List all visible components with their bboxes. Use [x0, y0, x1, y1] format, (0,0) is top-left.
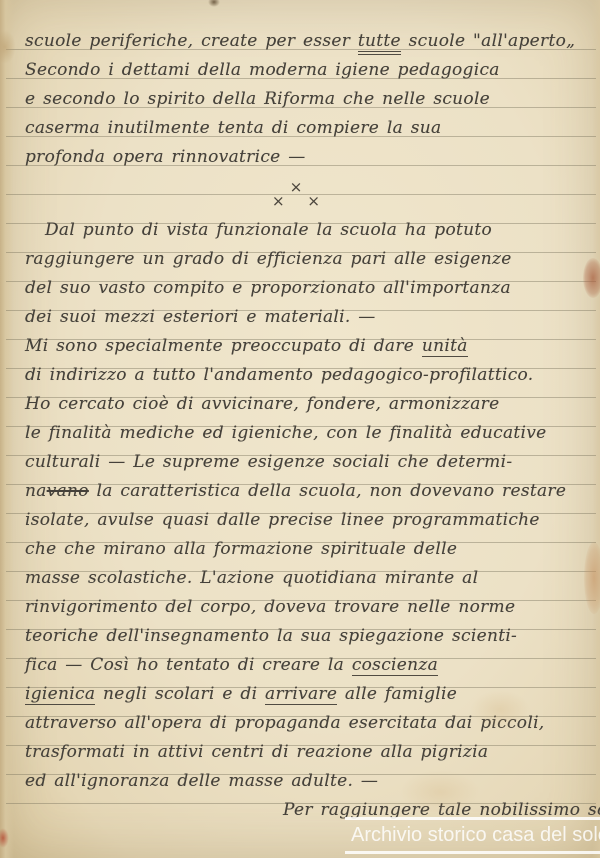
manuscript-line: igienica negli scolari e di arrivare all… [25, 680, 598, 709]
manuscript-text-segment: che che mirano alla formazione spiritual… [25, 539, 457, 559]
manuscript-text-segment: Ho cercato cioè di avvicinare, fondere, … [25, 394, 499, 414]
manuscript-text-segment: raggiungere un grado di efficienza pari … [25, 249, 512, 269]
manuscript-line: di indirizzo a tutto l'andamento pedagog… [25, 361, 598, 390]
manuscript-line: e secondo lo spirito della Riforma che n… [25, 85, 598, 114]
manuscript-text-segment: masse scolastiche. L'azione quotidiana m… [25, 568, 478, 588]
handwritten-text-block: scuole periferiche, create per esser tut… [25, 27, 598, 825]
manuscript-text-segment: la caratteristica della scuola, non dove… [89, 481, 566, 501]
manuscript-text-segment: caserma inutilmente tenta di compiere la… [25, 118, 441, 138]
manuscript-text-segment: dei suoi mezzi esteriori e materiali. — [25, 307, 376, 327]
manuscript-line: Dal punto di vista funzionale la scuola … [25, 216, 598, 245]
manuscript-text-segment: del suo vasto compito e proporzionato al… [25, 278, 511, 298]
manuscript-line: isolate, avulse quasi dalle precise line… [25, 506, 598, 535]
manuscript-line: Secondo i dettami della moderna igiene p… [25, 56, 598, 85]
manuscript-text-segment: profonda opera rinnovatrice — [25, 147, 306, 167]
manuscript-text-segment: negli scolari e di [95, 684, 265, 704]
manuscript-text-segment: scuole "all'aperto„ [401, 31, 575, 51]
manuscript-text-segment: arrivare [265, 684, 337, 705]
manuscript-text-segment: rinvigorimento del corpo, doveva trovare… [25, 597, 515, 617]
manuscript-text-segment: coscienza [352, 655, 438, 676]
manuscript-line: masse scolastiche. L'azione quotidiana m… [25, 564, 598, 593]
manuscript-line: rinvigorimento del corpo, doveva trovare… [25, 593, 598, 622]
manuscript-page: scuole periferiche, create per esser tut… [0, 0, 600, 858]
manuscript-line: attraverso all'opera di propaganda eserc… [25, 709, 598, 738]
manuscript-text-segment: isolate, avulse quasi dalle precise line… [25, 510, 540, 530]
manuscript-text-segment: igienica [25, 684, 95, 705]
manuscript-line: caserma inutilmente tenta di compiere la… [25, 114, 598, 143]
manuscript-text-segment: attraverso all'opera di propaganda eserc… [25, 713, 545, 733]
manuscript-text-segment: le finalità mediche ed igieniche, con le… [25, 423, 547, 443]
manuscript-line: navano la caratteristica della scuola, n… [25, 477, 598, 506]
manuscript-text-segment: unità [422, 336, 468, 357]
manuscript-text-segment: trasformati in attivi centri di reazione… [25, 742, 488, 762]
manuscript-text-segment: fica — Così ho tentato di creare la [25, 655, 352, 675]
manuscript-text-segment: di indirizzo a tutto l'andamento pedagog… [25, 365, 533, 385]
paragraph: Dal punto di vista funzionale la scuola … [25, 216, 598, 796]
manuscript-line: culturali — Le supreme esigenze sociali … [25, 448, 598, 477]
manuscript-text-segment: tutte [358, 31, 401, 55]
archive-watermark: Archivio storico casa del sole [345, 817, 600, 854]
manuscript-text-segment: scuole periferiche, create per esser [25, 31, 358, 51]
manuscript-text-segment: Dal punto di vista funzionale la scuola … [45, 220, 492, 240]
manuscript-line: le finalità mediche ed igieniche, con le… [25, 419, 598, 448]
manuscript-text-segment: e secondo lo spirito della Riforma che n… [25, 89, 490, 109]
stain [208, 0, 220, 7]
section-divider-x-marks: ×× × [240, 172, 360, 216]
manuscript-line: che che mirano alla formazione spiritual… [25, 535, 598, 564]
manuscript-text-segment: alle famiglie [337, 684, 457, 704]
manuscript-text-segment: teoriche dell'insegnamento la sua spiega… [25, 626, 517, 646]
manuscript-line: ed all'ignoranza delle masse adulte. — [25, 767, 598, 796]
manuscript-text-segment: ed all'ignoranza delle masse adulte. — [25, 771, 378, 791]
page-left-edge [0, 0, 14, 858]
manuscript-line: profonda opera rinnovatrice — [25, 143, 598, 172]
manuscript-text-segment: Mi sono specialmente preoccupato di dare [25, 336, 422, 356]
manuscript-line: scuole periferiche, create per esser tut… [25, 27, 598, 56]
manuscript-text-segment: Secondo i dettami della moderna igiene p… [25, 60, 500, 80]
manuscript-text-segment: na [25, 481, 47, 501]
manuscript-line: del suo vasto compito e proporzionato al… [25, 274, 598, 303]
paragraph: scuole periferiche, create per esser tut… [25, 27, 598, 172]
manuscript-line: Ho cercato cioè di avvicinare, fondere, … [25, 390, 598, 419]
manuscript-line: dei suoi mezzi esteriori e materiali. — [25, 303, 598, 332]
archive-watermark-text: Archivio storico casa del sole [351, 824, 600, 846]
manuscript-line: trasformati in attivi centri di reazione… [25, 738, 598, 767]
manuscript-line: teoriche dell'insegnamento la sua spiega… [25, 622, 598, 651]
manuscript-line: Mi sono specialmente preoccupato di dare… [25, 332, 598, 361]
manuscript-text-segment: culturali — Le supreme esigenze sociali … [25, 452, 512, 472]
manuscript-line: fica — Così ho tentato di creare la cosc… [25, 651, 598, 680]
manuscript-line: raggiungere un grado di efficienza pari … [25, 245, 598, 274]
manuscript-text-segment: vano [47, 481, 89, 501]
